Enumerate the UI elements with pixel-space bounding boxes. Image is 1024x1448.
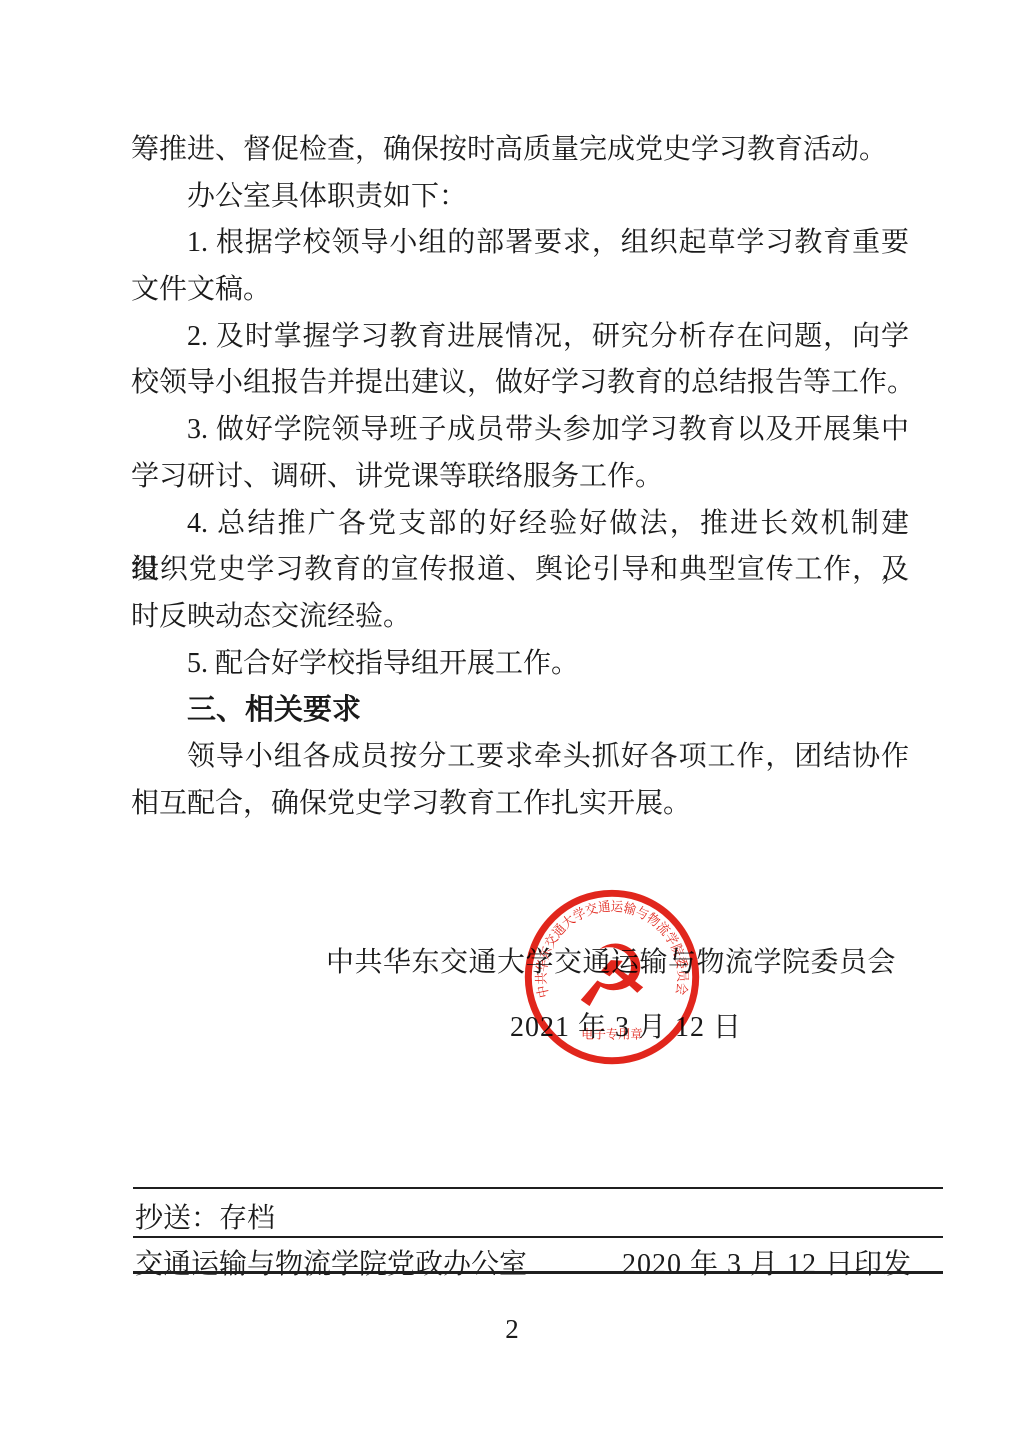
body-paragraph-line: 筹推进、督促检查，确保按时高质量完成党史学习教育活动。: [131, 127, 909, 174]
body-paragraph-line: 3. 做好学院领导班子成员带头参加学习教育以及开展集中: [131, 407, 909, 454]
body-paragraph-line: 5. 配合好学校指导组开展工作。: [131, 641, 909, 688]
body-text: 筹推进、督促检查，确保按时高质量完成党史学习教育活动。办公室具体职责如下：1. …: [131, 127, 909, 827]
signature-date: 2021 年 3 月 12 日: [510, 1005, 742, 1045]
footer-copy-label: 抄送：存档: [135, 1196, 275, 1236]
body-paragraph-line: 时反映动态交流经验。: [131, 594, 909, 641]
body-paragraph-line: 学习研讨、调研、讲党课等联络服务工作。: [131, 454, 909, 501]
page-number: 2: [0, 1314, 1024, 1345]
body-paragraph-line: 1. 根据学校领导小组的部署要求，组织起草学习教育重要: [131, 220, 909, 267]
body-paragraph-line: 文件文稿。: [131, 267, 909, 314]
section-heading: 三、相关要求: [131, 687, 909, 734]
body-paragraph-line: 校领导小组报告并提出建议，做好学习教育的总结报告等工作。: [131, 360, 909, 407]
footer-rule-middle: [133, 1236, 943, 1238]
footer-rule-top: [133, 1187, 943, 1189]
body-paragraph-line: 办公室具体职责如下：: [131, 174, 909, 221]
document-page: 筹推进、督促检查，确保按时高质量完成党史学习教育活动。办公室具体职责如下：1. …: [0, 0, 1024, 1448]
footer-rule-bottom: [133, 1271, 943, 1274]
body-paragraph-line: 领导小组各成员按分工要求牵头抓好各项工作，团结协作: [131, 734, 909, 781]
body-paragraph-line: 组织党史学习教育的宣传报道、舆论引导和典型宣传工作，及: [131, 547, 909, 594]
signature-committee: 中共华东交通大学交通运输与物流学院委员会: [326, 940, 896, 980]
body-paragraph-line: 相互配合，确保党史学习教育工作扎实开展。: [131, 781, 909, 828]
footer-print-date: 2020 年 3 月 12 日印发: [622, 1242, 912, 1282]
body-paragraph-line: 2. 及时掌握学习教育进展情况，研究分析存在问题，向学: [131, 314, 909, 361]
body-paragraph-line: 4. 总结推广各党支部的好经验好做法，推进长效机制建设，: [131, 501, 909, 548]
footer-issuer: 交通运输与物流学院党政办公室: [135, 1242, 527, 1282]
